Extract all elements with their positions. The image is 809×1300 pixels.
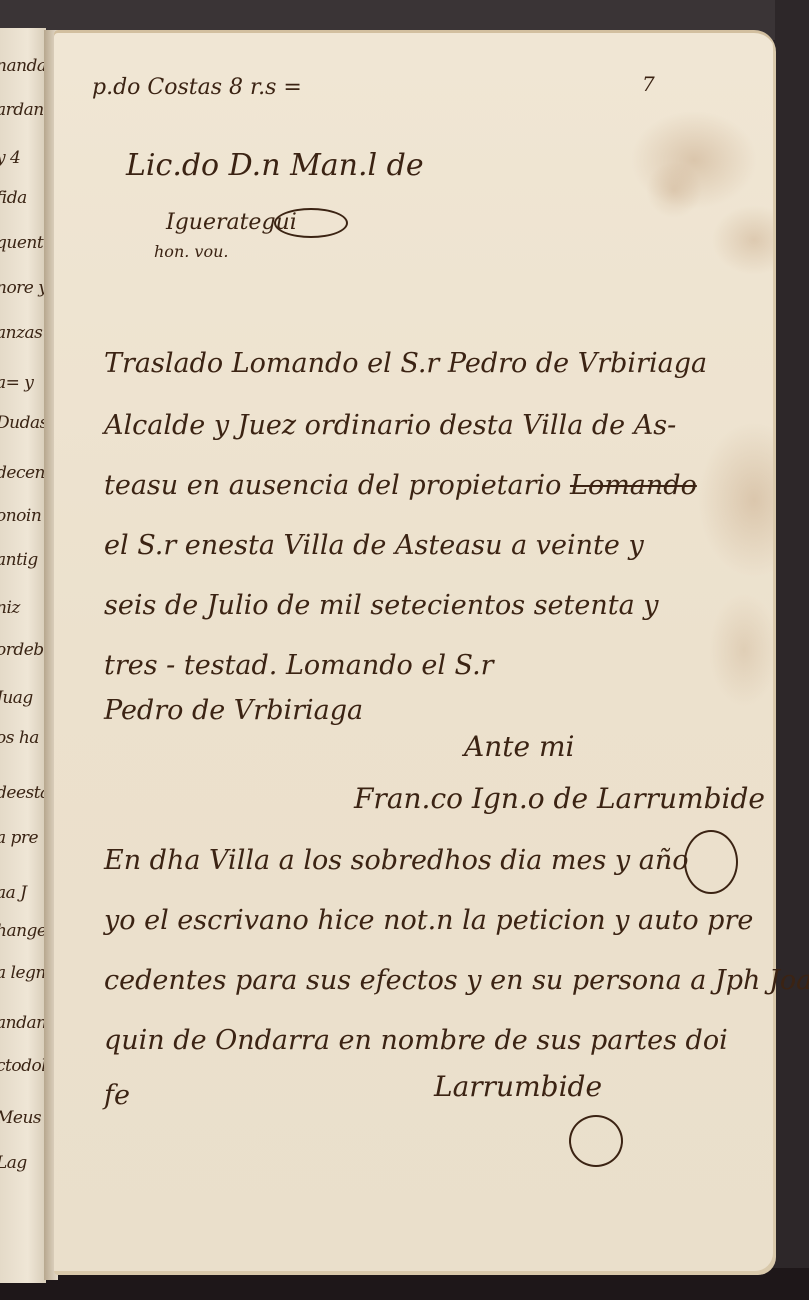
body-line: teasu en ausencia del propietario Lomand… — [104, 470, 697, 501]
closing-signature: Larrumbide — [434, 1070, 602, 1103]
facing-text: Meus p — [0, 1108, 46, 1128]
body-line: el S.r enesta Villa de Asteasu a veinte … — [104, 530, 644, 561]
facing-text: deesta — [0, 783, 46, 803]
signature-flourish-icon — [684, 830, 738, 894]
body-line: Pedro de Vrbiriaga — [104, 695, 363, 726]
facing-text: onoin — [0, 506, 41, 526]
scan-background-right — [775, 0, 809, 1300]
closing-rubric-icon — [569, 1115, 623, 1167]
body-line: seis de Julio de mil setecientos setenta… — [104, 590, 659, 621]
facing-text: andan — [0, 1013, 46, 1033]
notification-line: quin de Ondarra en nombre de sus partes … — [104, 1025, 728, 1056]
body-line: tres - testad. Lomando el S.r — [104, 650, 494, 681]
facing-text: Lag — [0, 1153, 27, 1173]
rubric-flourish-icon — [274, 208, 348, 238]
facing-text: ordeb — [0, 640, 44, 660]
facing-text: anzas — [0, 323, 42, 343]
manuscript-page: 7 p.do Costas 8 r.s = Lic.do D.n Man.l d… — [54, 30, 776, 1275]
body-line: Traslado Lomando el S.r Pedro de Vrbiria… — [104, 348, 707, 379]
ante-mi-attestation: Ante mi — [464, 730, 574, 763]
notification-line: En dha Villa a los sobredhos dia mes y a… — [104, 845, 689, 876]
facing-text: nanda — [0, 56, 46, 76]
facing-text: deceni — [0, 463, 46, 483]
heading-office: hon. vou. — [154, 242, 228, 261]
facing-text: y 4 — [0, 148, 20, 168]
marginal-note: p.do Costas 8 r.s = — [92, 75, 302, 100]
facing-text: a pre — [0, 828, 38, 848]
notification-line: fe — [104, 1080, 130, 1111]
facing-text: nore y — [0, 278, 46, 298]
heading-title: Lic.do D.n Man.l de — [126, 148, 424, 183]
title-don: D.n — [229, 148, 281, 183]
body-line: Alcalde y Juez ordinario desta Villa de … — [104, 410, 676, 441]
facing-text: niz — [0, 598, 20, 618]
folio-number: 7 — [642, 72, 655, 96]
facing-text: a= y — [0, 373, 33, 393]
facing-page-fragment: nanda ardan y 4 fida quent nore y anzas … — [0, 28, 46, 1283]
facing-text: a legn — [0, 963, 46, 983]
facing-text: antig — [0, 550, 38, 570]
struck-text: Lomando — [570, 470, 697, 501]
facing-text: aa J — [0, 883, 27, 903]
facing-text: quent — [0, 233, 43, 253]
facing-text: os ha — [0, 728, 39, 748]
facing-text: ardan — [0, 100, 44, 120]
facing-text: ctodol — [0, 1056, 46, 1076]
notification-line: yo el escrivano hice not.n la peticion y… — [104, 905, 753, 936]
facing-text: hange — [0, 921, 46, 941]
scribe-signature: Fran.co Ign.o de Larrumbide — [354, 782, 765, 815]
facing-text: Juag — [0, 688, 33, 708]
title-prefix: Lic.do — [126, 148, 219, 183]
facing-text: Dudase — [0, 413, 46, 433]
title-name: Man.l de — [290, 148, 424, 183]
notification-line: cedentes para sus efectos y en su person… — [104, 965, 809, 996]
facing-text: fida — [0, 188, 27, 208]
